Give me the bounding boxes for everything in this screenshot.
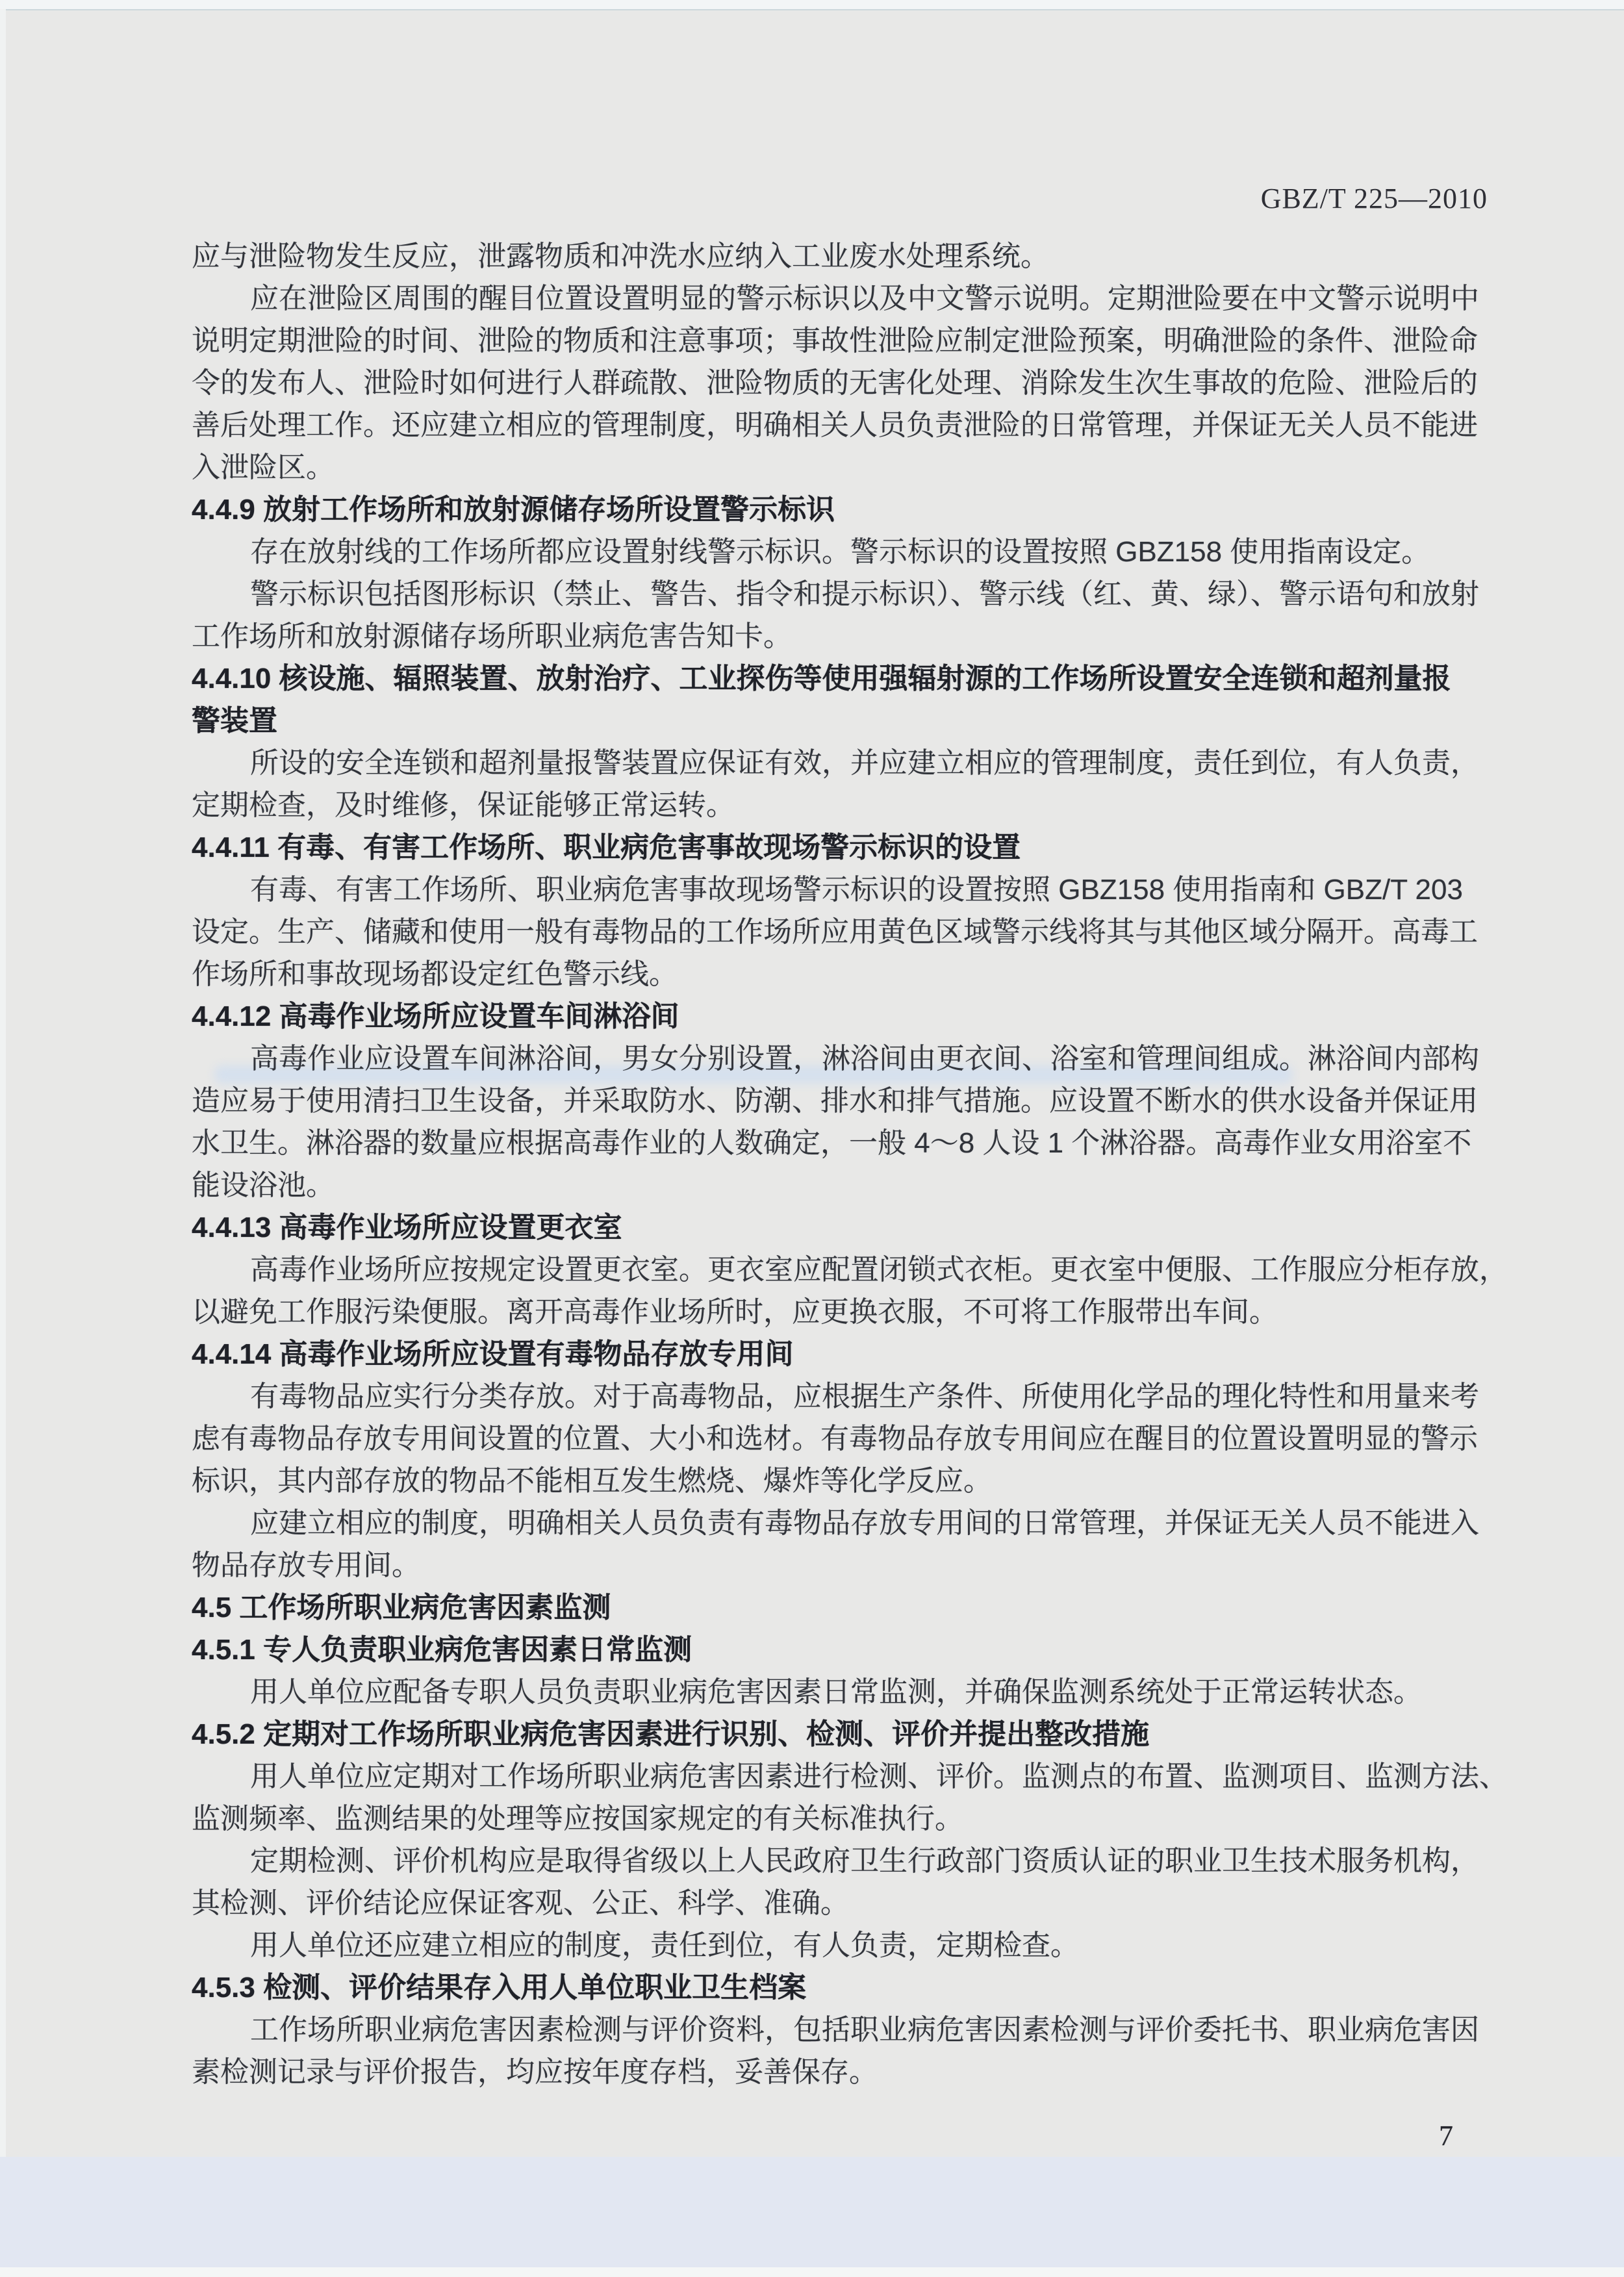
doc-line: 应在泄险区周围的醒目位置设置明显的警示标识以及中文警示说明。定期泄险要在中文警示… [192,277,1486,320]
doc-line: 警示标识包括图形标识（禁止、警告、指令和提示标识）、警示线（红、黄、绿）、警示语… [192,573,1486,615]
doc-line: 所设的安全连锁和超剂量报警装置应保证有效，并应建立相应的管理制度，责任到位，有人… [192,742,1486,784]
doc-line: 物品存放专用间。 [192,1544,1486,1586]
scanned-document-page: { "header": { "standard_number": "GBZ/T … [0,0,1624,2277]
doc-line: 应与泄险物发生反应，泄露物质和冲洗水应纳入工业废水处理系统。 [192,235,1486,277]
doc-line: 其检测、评价结论应保证客观、公正、科学、准确。 [192,1882,1486,1924]
section-heading-4-5-3: 4.5.3 检测、评价结果存入用人单位职业卫生档案 [192,1966,1486,2009]
section-heading-4-4-12: 4.4.12 高毒作业场所应设置车间淋浴间 [192,995,1486,1037]
page-number: 7 [1427,2117,1465,2156]
scan-left-edge [0,9,6,2179]
standard-number-header: GBZ/T 225—2010 [0,183,1488,214]
doc-line: 作场所和事故现场都设定红色警示线。 [192,953,1486,995]
doc-line: 以避免工作服污染便服。离开高毒作业场所时，应更换衣服，不可将工作服带出车间。 [192,1291,1486,1333]
doc-line: 设定。生产、储藏和使用一般有毒物品的工作场所应用黄色区域警示线将其与其他区域分隔… [192,911,1486,953]
scan-bottom-edge [0,2267,1624,2277]
doc-line: 有毒、有害工作场所、职业病危害事故现场警示标识的设置按照 GBZ158 使用指南… [192,869,1486,911]
section-heading-4-5-2: 4.5.2 定期对工作场所职业病危害因素进行识别、检测、评价并提出整改措施 [192,1713,1486,1755]
doc-line: 高毒作业应设置车间淋浴间，男女分别设置，淋浴间由更衣间、浴室和管理间组成。淋浴间… [192,1037,1486,1080]
section-heading-4-4-11: 4.4.11 有毒、有害工作场所、职业病危害事故现场警示标识的设置 [192,826,1486,869]
doc-line: 说明定期泄险的时间、泄险的物质和注意事项；事故性泄险应制定泄险预案，明确泄险的条… [192,320,1486,362]
doc-line: 定期检测、评价机构应是取得省级以上人民政府卫生行政部门资质认证的职业卫生技术服务… [192,1840,1486,1882]
doc-line: 定期检查，及时维修，保证能够正常运转。 [192,784,1486,826]
section-heading-4-5: 4.5 工作场所职业病危害因素监测 [192,1586,1486,1629]
document-body: 应与泄险物发生反应，泄露物质和冲洗水应纳入工业废水处理系统。 应在泄险区周围的醒… [192,235,1486,2093]
doc-line: 存在放射线的工作场所都应设置射线警示标识。警示标识的设置按照 GBZ158 使用… [192,531,1486,573]
doc-line: 工作场所和放射源储存场所职业病危害告知卡。 [192,615,1486,657]
doc-line: 素检测记录与评价报告，均应按年度存档，妥善保存。 [192,2051,1486,2093]
section-heading-4-4-10-cont: 警装置 [192,700,1486,742]
doc-line: 用人单位应定期对工作场所职业病危害因素进行检测、评价。监测点的布置、监测项目、监… [192,1755,1486,1798]
scan-top-edge [0,0,1624,10]
doc-line: 虑有毒物品存放专用间设置的位置、大小和选材。有毒物品存放专用间应在醒目的位置设置… [192,1418,1486,1460]
doc-line: 水卫生。淋浴器的数量应根据高毒作业的人数确定，一般 4～8 人设 1 个淋浴器。… [192,1122,1486,1164]
doc-line: 标识，其内部存放的物品不能相互发生燃烧、爆炸等化学反应。 [192,1460,1486,1502]
section-heading-4-4-9: 4.4.9 放射工作场所和放射源储存场所设置警示标识 [192,489,1486,531]
doc-line: 高毒作业场所应按规定设置更衣室。更衣室应配置闭锁式衣柜。更衣室中便服、工作服应分… [192,1249,1486,1291]
section-heading-4-4-14: 4.4.14 高毒作业场所应设置有毒物品存放专用间 [192,1333,1486,1375]
section-heading-4-5-1: 4.5.1 专人负责职业病危害因素日常监测 [192,1629,1486,1671]
doc-line: 用人单位应配备专职人员负责职业病危害因素日常监测，并确保监测系统处于正常运转状态… [192,1671,1486,1713]
doc-line: 令的发布人、泄险时如何进行人群疏散、泄险物质的无害化处理、消除发生次生事故的危险… [192,362,1486,404]
doc-line: 有毒物品应实行分类存放。对于高毒物品，应根据生产条件、所使用化学品的理化特性和用… [192,1375,1486,1418]
section-heading-4-4-10: 4.4.10 核设施、辐照装置、放射治疗、工业探伤等使用强辐射源的工作场所设置安… [192,657,1486,700]
doc-line: 应建立相应的制度，明确相关人员负责有毒物品存放专用间的日常管理，并保证无关人员不… [192,1502,1486,1544]
doc-line: 工作场所职业病危害因素检测与评价资料，包括职业病危害因素检测与评价委托书、职业病… [192,2009,1486,2051]
section-heading-4-4-13: 4.4.13 高毒作业场所应设置更衣室 [192,1206,1486,1249]
doc-line: 监测频率、监测结果的处理等应按国家规定的有关标准执行。 [192,1798,1486,1840]
footer-scan-band [0,2157,1624,2267]
doc-line: 造应易于使用清扫卫生设备，并采取防水、防潮、排水和排气措施。应设置不断水的供水设… [192,1080,1486,1122]
doc-line: 善后处理工作。还应建立相应的管理制度，明确相关人员负责泄险的日常管理，并保证无关… [192,404,1486,446]
doc-line: 用人单位还应建立相应的制度，责任到位，有人负责，定期检查。 [192,1924,1486,1966]
doc-line: 入泄险区。 [192,446,1486,489]
doc-line: 能设浴池。 [192,1164,1486,1206]
